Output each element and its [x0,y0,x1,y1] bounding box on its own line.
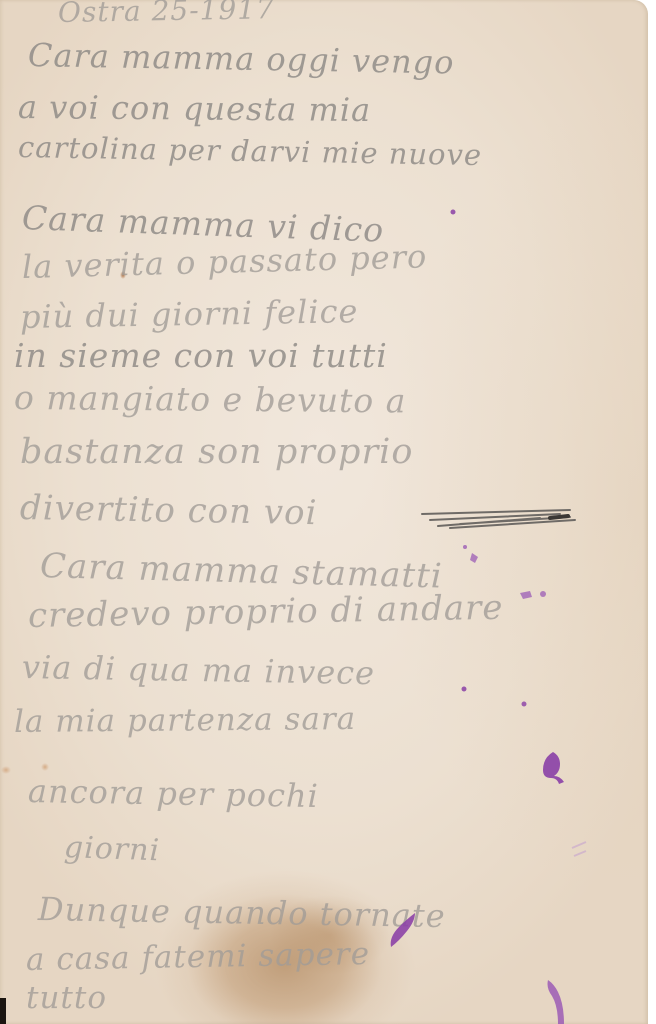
scan-edge-shadow [0,998,6,1024]
violet-ink-marks [0,0,648,1024]
postcard-page: Ostra 25-1917 Cara mamma oggi vengo a vo… [0,0,656,1024]
postcard-back: Ostra 25-1917 Cara mamma oggi vengo a vo… [0,0,648,1024]
